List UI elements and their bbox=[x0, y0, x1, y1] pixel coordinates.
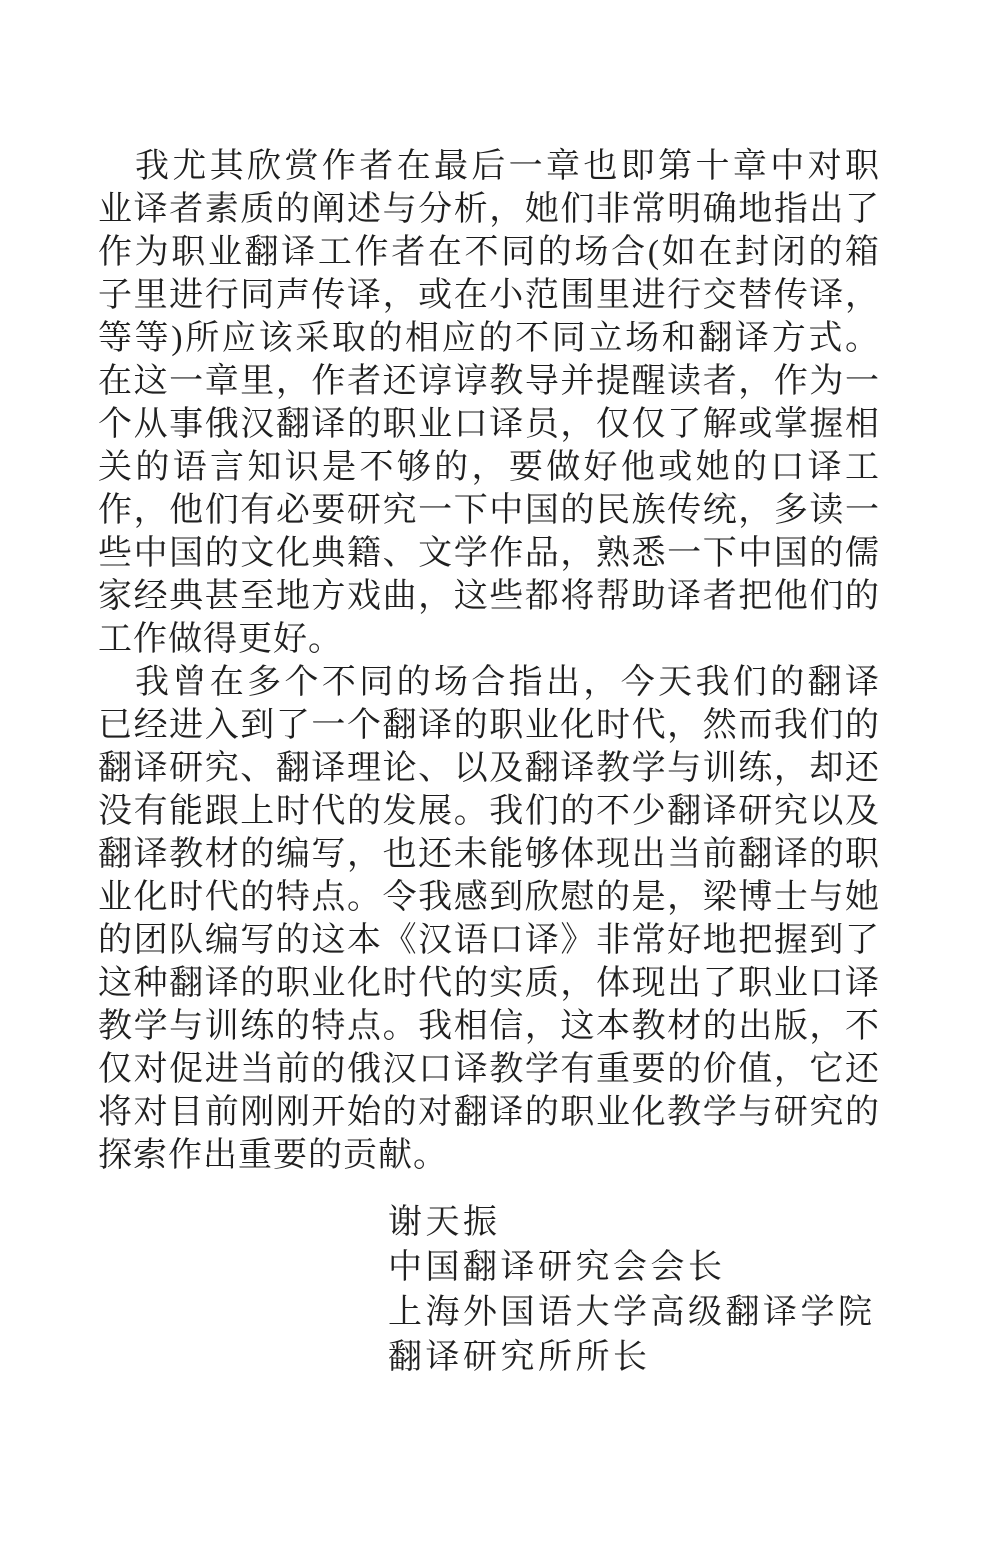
text-line: 等等)所应该采取的相应的不同立场和翻译方式。 bbox=[98, 317, 880, 360]
text-line: 业译者素质的阐述与分析，她们非常明确地指出了 bbox=[98, 188, 880, 231]
text-line: 翻译教材的编写，也还未能够体现出当前翻译的职 bbox=[98, 833, 880, 876]
signature-title: 中国翻译研究会会长 bbox=[388, 1245, 876, 1290]
paragraph: 我曾在多个不同的场合指出，今天我们的翻译 已经进入到了一个翻译的职业化时代，然而… bbox=[98, 661, 880, 1177]
text-line: 仅对促进当前的俄汉口译教学有重要的价值，它还 bbox=[98, 1048, 880, 1091]
signature-title: 上海外国语大学高级翻译学院 bbox=[388, 1290, 876, 1335]
text-line: 将对目前刚刚开始的对翻译的职业化教学与研究的 bbox=[98, 1091, 880, 1134]
text-line: 这种翻译的职业化时代的实质，体现出了职业口译 bbox=[98, 962, 880, 1005]
text-line: 没有能跟上时代的发展。我们的不少翻译研究以及 bbox=[98, 790, 880, 833]
text-line: 的团队编写的这本《汉语口译》非常好地把握到了 bbox=[98, 919, 880, 962]
text-line: 在这一章里，作者还谆谆教导并提醒读者，作为一 bbox=[98, 360, 880, 403]
signature-title: 翻译研究所所长 bbox=[388, 1335, 876, 1380]
text-line: 我尤其欣赏作者在最后一章也即第十章中对职 bbox=[98, 145, 880, 188]
text-line: 关的语言知识是不够的，要做好他或她的口译工 bbox=[98, 446, 880, 489]
book-page: 我尤其欣赏作者在最后一章也即第十章中对职 业译者素质的阐述与分析，她们非常明确地… bbox=[0, 0, 1000, 1566]
signature-block: 谢天振 中国翻译研究会会长 上海外国语大学高级翻译学院 翻译研究所所长 bbox=[388, 1200, 876, 1380]
paragraph: 我尤其欣赏作者在最后一章也即第十章中对职 业译者素质的阐述与分析，她们非常明确地… bbox=[98, 145, 880, 661]
text-line: 作为职业翻译工作者在不同的场合(如在封闭的箱 bbox=[98, 231, 880, 274]
text-line: 教学与训练的特点。我相信，这本教材的出版，不 bbox=[98, 1005, 880, 1048]
text-line: 作，他们有必要研究一下中国的民族传统，多读一 bbox=[98, 489, 880, 532]
text-line: 子里进行同声传译，或在小范围里进行交替传译， bbox=[98, 274, 880, 317]
text-line: 业化时代的特点。令我感到欣慰的是，梁博士与她 bbox=[98, 876, 880, 919]
text-line: 已经进入到了一个翻译的职业化时代，然而我们的 bbox=[98, 704, 880, 747]
text-line: 我曾在多个不同的场合指出，今天我们的翻译 bbox=[98, 661, 880, 704]
preface-body-text: 我尤其欣赏作者在最后一章也即第十章中对职 业译者素质的阐述与分析，她们非常明确地… bbox=[98, 145, 880, 1177]
text-line: 工作做得更好。 bbox=[98, 618, 880, 661]
text-line: 探索作出重要的贡献。 bbox=[98, 1134, 880, 1177]
text-line: 个从事俄汉翻译的职业口译员，仅仅了解或掌握相 bbox=[98, 403, 880, 446]
text-line: 翻译研究、翻译理论、以及翻译教学与训练，却还 bbox=[98, 747, 880, 790]
text-line: 家经典甚至地方戏曲，这些都将帮助译者把他们的 bbox=[98, 575, 880, 618]
signature-name: 谢天振 bbox=[388, 1200, 876, 1245]
text-line: 些中国的文化典籍、文学作品，熟悉一下中国的儒 bbox=[98, 532, 880, 575]
